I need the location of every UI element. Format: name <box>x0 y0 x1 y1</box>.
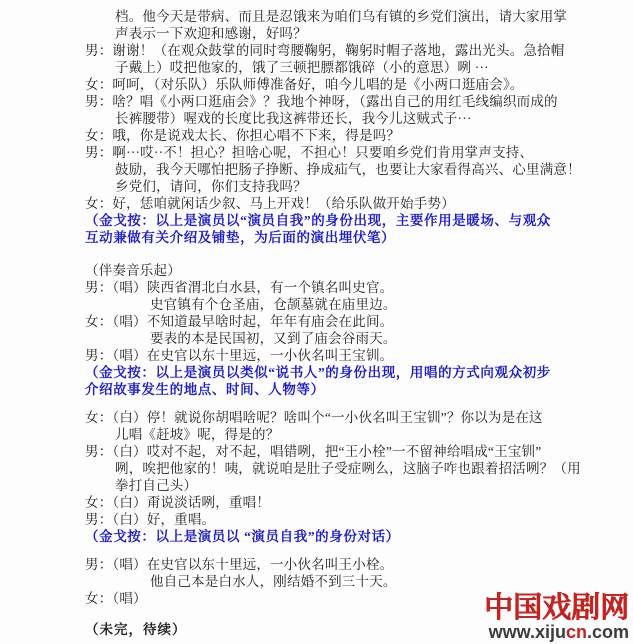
watermark: 中国戏剧网 www.xijucn.com <box>484 593 629 641</box>
script-line: 男：（唱）陕西省渭北白水县，有一个镇名叫史官。 <box>85 279 633 296</box>
script-line: 男：啥？唱《小两口逛庙会》？我地个神呀，（露出自己的用红毛线编织而成的 <box>85 93 633 110</box>
editor-annotation: 介绍故事发生的地点、时间、人物等） <box>85 381 633 398</box>
spacer <box>85 545 633 556</box>
script-line: 要表的本是民国初，又到了庙会谷雨天。 <box>85 330 633 347</box>
script-line: 史官镇有个仓圣庙，仓颉墓就在庙里边。 <box>85 296 633 313</box>
script-line: 儿唱《赶坡》呢，得是的？ <box>85 426 633 443</box>
script-line: 男：啊···哎··不！担心？担啥心呢，不担心！只要咱乡党们肯用掌声支持、 <box>85 144 633 161</box>
script-line: 男：（唱）在史官以东十里远，一小伙名叫王小栓。 <box>85 556 633 573</box>
site-url: www.xijucn.com <box>484 623 629 641</box>
script-line: 男：（白）哎对不起，对不起，唱错咧，把“王小栓”一不留神给唱成“王宝钏” <box>85 443 633 460</box>
site-url-highlight: cn <box>566 622 587 642</box>
script-line: 长裤腰带）喔戏的长度比我这裤带还长，我今儿这贼式子··· <box>85 110 633 127</box>
editor-annotation: 互动兼做有关介绍及铺垫，为后面的演出埋伏笔） <box>85 229 633 246</box>
script-line: 女：（唱）不知道最早啥时起，年年有庙会在此间。 <box>85 313 633 330</box>
editor-annotation: （金戈按：以上是演员以 “演员自我”的身份对话） <box>85 528 633 545</box>
script-line: 他自己本是白水人，刚结婚不到三十天。 <box>85 573 633 590</box>
script-line: 鼓励，我今天哪怕把肠子挣断、挣成疝气，也要让大家看得高兴、心里满意！ <box>85 161 633 178</box>
site-logo: 中国戏剧网 <box>484 593 629 623</box>
site-url-prefix: www.xiju <box>489 622 566 642</box>
script-line: 档。他今天是带病、而且是忍饿来为咱们乌有镇的乡党们演出，请大家用掌 <box>85 8 633 25</box>
script-line: 女：（白）停！就说你胡唱啥呢？啥叫个“一小伙名叫王宝钏”？你以为是在这 <box>85 409 633 426</box>
spacer <box>85 398 633 409</box>
script-line: 乡党们，请问，你们支持我吗？ <box>85 178 633 195</box>
script-line: 女：（白）甭说淡话咧，重唱！ <box>85 494 633 511</box>
editor-annotation: （金戈按：以上是演员以类似“说书人”的身份出现，用唱的方式向观众初步 <box>85 364 633 381</box>
script-line: 咧，唉把他家的！咦，就说咱是肚子受症咧么，这脑子咋也跟着招活咧？（用 <box>85 460 633 477</box>
script-line: 女：好，恁咱就闲话少叙、马上开戏！（给乐队做开始手势） <box>85 195 633 212</box>
script-line: 声表示一下欢迎和感谢，好吗？ <box>85 25 633 42</box>
script-line: 男：谢谢！（在观众鼓掌的同时弯腰鞠躬，鞠躬时帽子落地，露出光头。急拾帽 <box>85 42 633 59</box>
spacer <box>85 246 633 262</box>
script-page: 档。他今天是带病、而且是忍饿来为咱们乌有镇的乡党们演出，请大家用掌 声表示一下欢… <box>0 0 633 644</box>
script-line: 女：呵呵，（对乐队）乐队师傅准备好，咱今儿唱的是《小两口逛庙会》。 <box>85 76 633 93</box>
editor-annotation: （金戈按：以上是演员以“演员自我”的身份出现，主要作用是暖场、与观众 <box>85 212 633 229</box>
stage-direction: （伴奏音乐起） <box>85 262 633 279</box>
script-line: 男：（白）好，重唱。 <box>85 511 633 528</box>
script-line: 子戴上）哎把他家的，饿了三顿把膘都饿碎（小的意思）咧 ··· <box>85 59 633 76</box>
script-line: 女：哦，你是说戏太长、你担心唱不下来，得是吗？ <box>85 127 633 144</box>
script-line: 男：（唱）在史官以东十里远，一小伙名叫王宝钏。 <box>85 347 633 364</box>
script-line: 拳打自己头） <box>85 477 633 494</box>
site-url-suffix: .com <box>587 622 629 642</box>
